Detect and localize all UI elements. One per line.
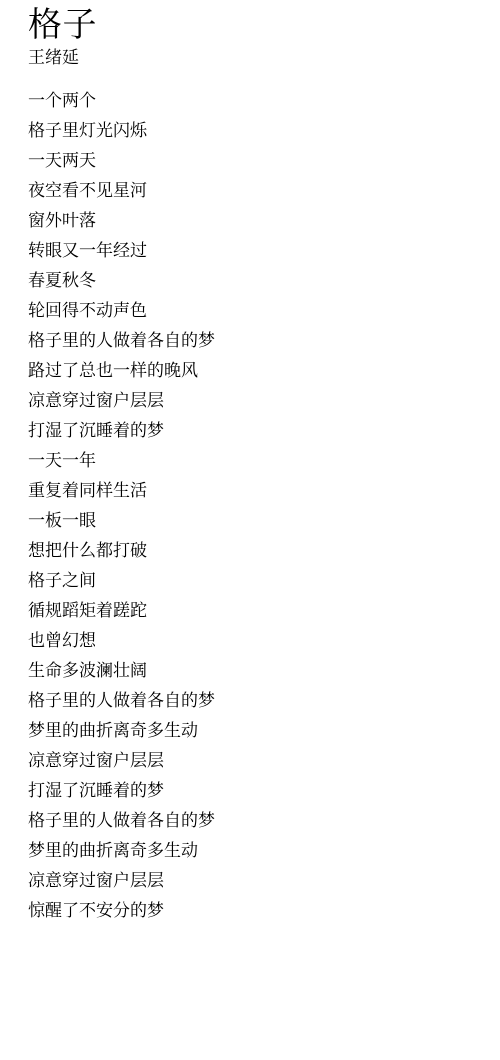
lyrics-body: 一个两个格子里灯光闪烁一天两天夜空看不见星河窗外叶落转眼又一年经过春夏秋冬轮回得… — [28, 86, 472, 926]
lyric-line: 路过了总也一样的晚风 — [28, 356, 472, 386]
lyric-line: 转眼又一年经过 — [28, 236, 472, 266]
lyric-line: 凉意穿过窗户层层 — [28, 386, 472, 416]
lyric-line: 一板一眼 — [28, 506, 472, 536]
lyric-line: 凉意穿过窗户层层 — [28, 746, 472, 776]
lyric-line: 生命多波澜壮阔 — [28, 656, 472, 686]
lyric-line: 惊醒了不安分的梦 — [28, 896, 472, 926]
lyric-line: 格子里的人做着各自的梦 — [28, 326, 472, 356]
lyric-line: 格子里的人做着各自的梦 — [28, 806, 472, 836]
lyric-line: 轮回得不动声色 — [28, 296, 472, 326]
lyric-line: 想把什么都打破 — [28, 536, 472, 566]
lyric-line: 一天两天 — [28, 146, 472, 176]
lyric-line: 格子里灯光闪烁 — [28, 116, 472, 146]
lyric-line: 梦里的曲折离奇多生动 — [28, 836, 472, 866]
lyric-line: 打湿了沉睡着的梦 — [28, 416, 472, 446]
lyric-line: 打湿了沉睡着的梦 — [28, 776, 472, 806]
artist-name: 王绪延 — [28, 46, 472, 70]
lyric-line: 梦里的曲折离奇多生动 — [28, 716, 472, 746]
lyric-line: 循规蹈矩着蹉跎 — [28, 596, 472, 626]
lyric-line: 也曾幻想 — [28, 626, 472, 656]
lyric-line: 春夏秋冬 — [28, 266, 472, 296]
lyric-line: 窗外叶落 — [28, 206, 472, 236]
lyric-line: 夜空看不见星河 — [28, 176, 472, 206]
lyrics-page: 格子 王绪延 一个两个格子里灯光闪烁一天两天夜空看不见星河窗外叶落转眼又一年经过… — [0, 0, 500, 1060]
lyric-line: 重复着同样生活 — [28, 476, 472, 506]
lyric-line: 一个两个 — [28, 86, 472, 116]
lyric-line: 格子里的人做着各自的梦 — [28, 686, 472, 716]
lyric-line: 凉意穿过窗户层层 — [28, 866, 472, 896]
lyric-line: 格子之间 — [28, 566, 472, 596]
lyric-line: 一天一年 — [28, 446, 472, 476]
page-title: 格子 — [28, 4, 472, 46]
